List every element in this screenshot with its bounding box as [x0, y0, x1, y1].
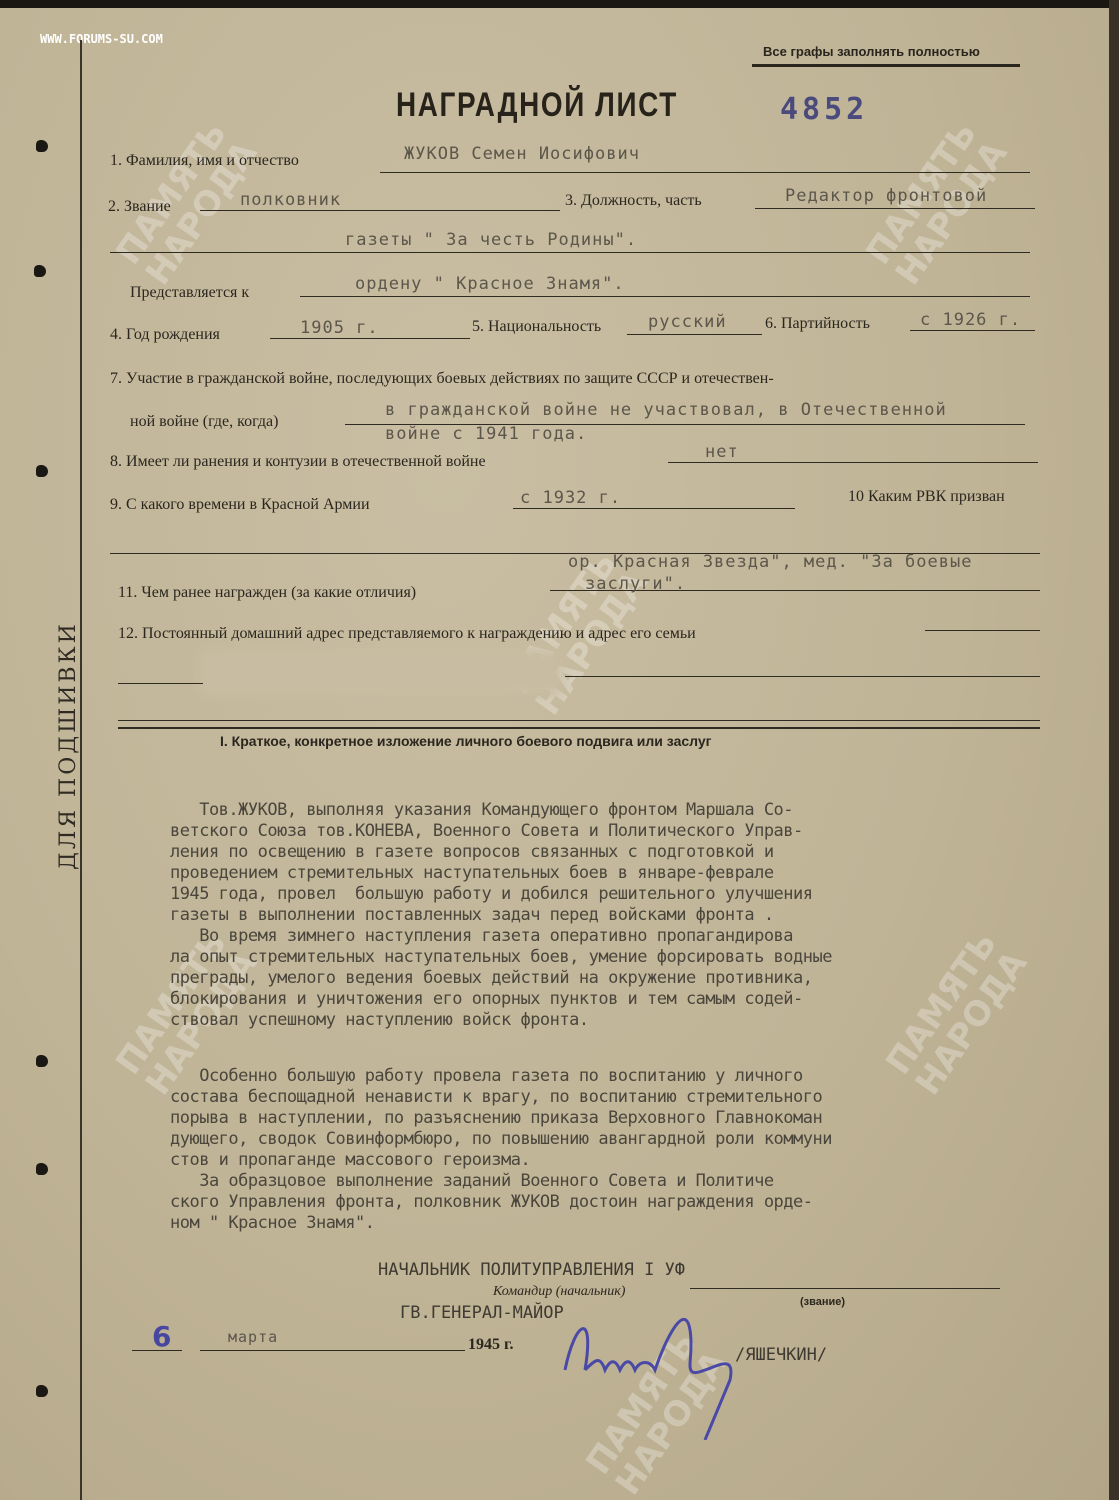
field-9-value: с 1932 г. [520, 488, 621, 508]
divider [690, 1288, 1000, 1289]
field-9-label: 9. С какого времени в Красной Армии [110, 496, 370, 514]
punch-hole [34, 265, 46, 277]
fill-instruction: Все графы заполнять полностью [763, 44, 980, 59]
punch-hole [36, 1163, 48, 1175]
field-6-label: 6. Партийность [765, 315, 870, 333]
divider [513, 508, 795, 509]
divider [627, 334, 762, 335]
redacted-address [200, 650, 560, 695]
field-3-value-cont: газеты " За честь Родины". [345, 230, 637, 250]
field-12-label: 12. Постоянный домашний адрес представля… [118, 625, 696, 643]
divider [380, 172, 1030, 173]
punch-hole [36, 1385, 48, 1397]
document-title: НАГРАДНОЙ ЛИСТ [396, 86, 678, 125]
narrative-paragraph-2: Во время зимнего наступления газета опер… [170, 926, 1110, 1031]
field-4-value: 1905 г. [300, 318, 379, 338]
field-1-value: ЖУКОВ Семен Иосифович [404, 144, 640, 164]
field-3-value: Редактор фронтовой [785, 186, 987, 206]
field-11-label: 11. Чем ранее награжден (за какие отличи… [118, 584, 416, 602]
field-3-label: 3. Должность, часть [565, 192, 702, 210]
punch-hole [36, 465, 48, 477]
field-4-label: 4. Год рождения [110, 326, 220, 344]
section-divider [118, 727, 1040, 729]
divider [132, 1350, 182, 1351]
handwritten-signature [555, 1300, 755, 1440]
award-value: ордену " Красное Знамя". [355, 274, 625, 294]
field-2-label: 2. Звание [108, 198, 171, 216]
date-day: 6 [152, 1320, 171, 1353]
field-5-label: 5. Национальность [472, 318, 601, 336]
signatory-rank: ГВ.ГЕНЕРАЛ-МАЙОР [400, 1303, 564, 1323]
award-label: Представляется к [130, 284, 249, 302]
field-10-label: 10 Каким РВК призван [848, 488, 1005, 506]
signatory-name: /ЯШЕЧКИН/ [735, 1345, 827, 1365]
date-year: 1945 г. [468, 1336, 513, 1354]
field-5-value: русский [648, 312, 727, 332]
divider [752, 64, 1020, 67]
divider [925, 630, 1040, 631]
commander-label: Командир (начальник) [493, 1284, 625, 1300]
rank-label: (звание) [800, 1296, 845, 1308]
narrative-paragraph-3: Особенно большую работу провела газета п… [170, 1066, 1110, 1234]
divider [565, 676, 1040, 677]
punch-hole [36, 1055, 48, 1067]
field-8-label: 8. Имеет ли ранения и контузии в отечест… [110, 453, 486, 471]
divider [910, 330, 1035, 331]
field-11-value-cont: заслуги". [585, 574, 686, 594]
section-heading: I. Краткое, конкретное изложение личного… [220, 733, 711, 749]
field-6-value: с 1926 г. [920, 310, 1021, 330]
field-7-value-cont: войне с 1941 года. [385, 424, 587, 444]
divider [668, 462, 1038, 463]
divider [200, 210, 560, 211]
field-7-label: 7. Участие в гражданской войне, последую… [110, 370, 774, 388]
date-month: марта [228, 1328, 278, 1346]
divider [118, 683, 203, 684]
field-7-value: в гражданской войне не участвовал, в Оте… [385, 400, 947, 420]
site-watermark: WWW.FORUMS-SU.COM [40, 32, 163, 46]
divider [110, 252, 1030, 253]
field-1-label: 1. Фамилия, имя и отчество [110, 152, 299, 170]
scan-edge [1109, 0, 1119, 1500]
binding-label: ДЛЯ ПОДШИВКИ [56, 621, 81, 870]
field-8-value: нет [705, 442, 739, 462]
divider [118, 720, 1040, 721]
divider [270, 338, 470, 339]
divider [300, 296, 1030, 297]
field-7-label-cont: ной войне (где, когда) [130, 413, 278, 431]
punch-hole [36, 140, 48, 152]
field-2-value: полковник [240, 190, 341, 210]
signatory-position: НАЧАЛЬНИК ПОЛИТУПРАВЛЕНИЯ I УФ [378, 1260, 685, 1280]
registration-number: 4852 [780, 92, 868, 127]
divider [755, 208, 1035, 209]
field-11-value: ор. Красная Звезда", мед. "За боевые [568, 552, 972, 572]
narrative-paragraph-1: Тов.ЖУКОВ, выполняя указания Командующег… [170, 800, 1110, 926]
divider [200, 1350, 465, 1351]
